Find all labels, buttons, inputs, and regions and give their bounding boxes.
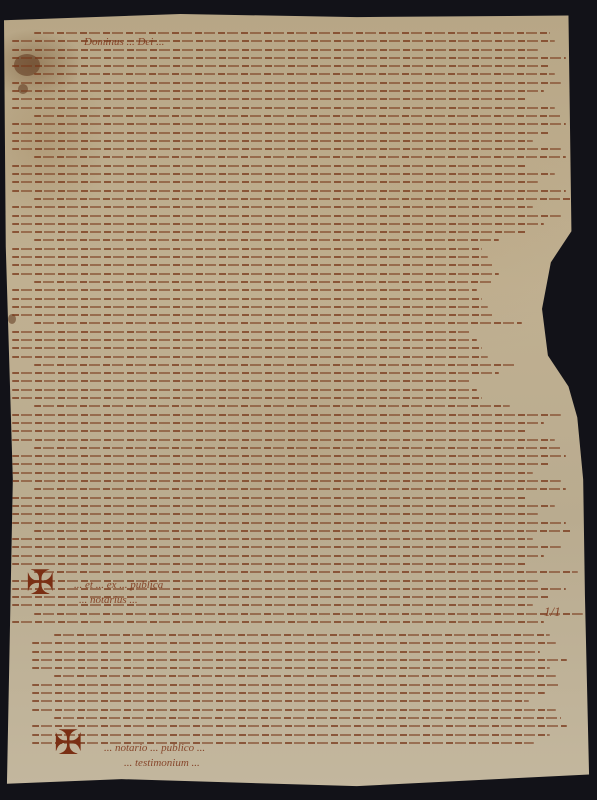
handwritten-line bbox=[12, 306, 488, 308]
handwritten-line bbox=[54, 675, 556, 677]
handwritten-line bbox=[12, 372, 499, 374]
handwritten-line bbox=[34, 364, 516, 366]
handwritten-line bbox=[12, 339, 477, 341]
handwritten-line bbox=[12, 65, 550, 67]
handwritten-line bbox=[34, 198, 572, 200]
handwritten-line bbox=[12, 231, 527, 233]
handwritten-line bbox=[12, 422, 544, 424]
handwritten-line bbox=[12, 356, 488, 358]
handwritten-line bbox=[34, 571, 577, 573]
handwritten-line bbox=[12, 439, 555, 441]
handwritten-line bbox=[32, 734, 550, 736]
handwritten-line bbox=[34, 613, 583, 615]
handwritten-line bbox=[12, 347, 482, 349]
handwritten-line bbox=[34, 73, 555, 75]
handwritten-line bbox=[12, 123, 566, 125]
handwritten-line bbox=[32, 659, 567, 661]
handwritten-line bbox=[12, 165, 527, 167]
handwritten-line bbox=[12, 314, 494, 316]
handwritten-line bbox=[12, 215, 561, 217]
handwritten-line bbox=[12, 480, 561, 482]
handwritten-line bbox=[32, 700, 529, 702]
notarial-line-2: ... notarius ... bbox=[79, 594, 138, 606]
handwritten-line bbox=[12, 82, 561, 84]
handwritten-line bbox=[34, 115, 560, 117]
handwritten-line bbox=[34, 322, 521, 324]
handwritten-line bbox=[32, 684, 561, 686]
handwritten-line bbox=[12, 389, 477, 391]
handwritten-line bbox=[12, 98, 527, 100]
handwritten-line bbox=[12, 455, 566, 457]
handwritten-line bbox=[12, 380, 471, 382]
handwritten-line bbox=[12, 546, 561, 548]
handwritten-line bbox=[12, 173, 555, 175]
handwritten-line bbox=[12, 223, 544, 225]
handwritten-line bbox=[12, 563, 527, 565]
notarial-sign-1: ✠ bbox=[26, 566, 55, 600]
handwritten-line bbox=[32, 692, 545, 694]
handwritten-line bbox=[32, 667, 550, 669]
handwritten-line bbox=[12, 49, 538, 51]
handwritten-line bbox=[12, 538, 533, 540]
handwritten-line bbox=[12, 57, 566, 59]
handwritten-line bbox=[32, 709, 556, 711]
handwritten-line bbox=[12, 397, 482, 399]
handwritten-line bbox=[34, 239, 499, 241]
handwritten-line bbox=[12, 505, 555, 507]
handwritten-line bbox=[34, 488, 566, 490]
handwritten-line bbox=[34, 32, 549, 34]
main-text-body bbox=[12, 32, 572, 629]
notarial-closing-line-2: ... testimonium ... bbox=[124, 757, 200, 769]
handwritten-line bbox=[12, 414, 561, 416]
handwritten-line bbox=[12, 181, 538, 183]
handwritten-line bbox=[54, 717, 562, 719]
handwritten-line bbox=[32, 725, 567, 727]
handwritten-line bbox=[12, 256, 488, 258]
parchment-document: Dominus ... Dei ... ✠ ... et ... ex ... … bbox=[4, 14, 592, 790]
handwritten-line bbox=[54, 634, 551, 636]
second-text-body bbox=[32, 634, 572, 750]
handwritten-line bbox=[34, 405, 510, 407]
handwritten-line bbox=[12, 273, 499, 275]
notarial-closing-line-1: ... notario ... publico ... bbox=[104, 742, 205, 754]
handwritten-line bbox=[12, 40, 555, 42]
handwritten-line bbox=[12, 331, 471, 333]
handwritten-line bbox=[34, 530, 572, 532]
handwritten-line bbox=[34, 156, 566, 158]
handwritten-line bbox=[12, 90, 544, 92]
handwritten-line bbox=[12, 555, 544, 557]
margin-mark: 1/1 bbox=[544, 604, 561, 620]
handwritten-line bbox=[12, 621, 544, 623]
handwritten-line bbox=[12, 148, 561, 150]
handwritten-line bbox=[34, 281, 493, 283]
handwritten-line bbox=[12, 463, 550, 465]
handwritten-line bbox=[12, 107, 555, 109]
handwritten-line bbox=[12, 497, 527, 499]
handwritten-line bbox=[12, 522, 566, 524]
handwritten-line bbox=[34, 447, 560, 449]
handwritten-line bbox=[12, 132, 550, 134]
handwritten-line bbox=[12, 298, 482, 300]
handwritten-line bbox=[12, 430, 527, 432]
handwritten-line bbox=[12, 264, 494, 266]
handwritten-line bbox=[32, 642, 556, 644]
handwritten-line bbox=[32, 651, 540, 653]
handwritten-line bbox=[12, 513, 538, 515]
notarial-line-1: ... et ... ex ... publica bbox=[74, 579, 163, 591]
handwritten-line bbox=[12, 190, 566, 192]
handwritten-line bbox=[12, 289, 477, 291]
handwritten-line bbox=[12, 248, 482, 250]
handwritten-line bbox=[12, 140, 533, 142]
notarial-sign-2: ✠ bbox=[54, 726, 83, 760]
handwritten-line bbox=[12, 206, 533, 208]
handwritten-line bbox=[12, 472, 533, 474]
